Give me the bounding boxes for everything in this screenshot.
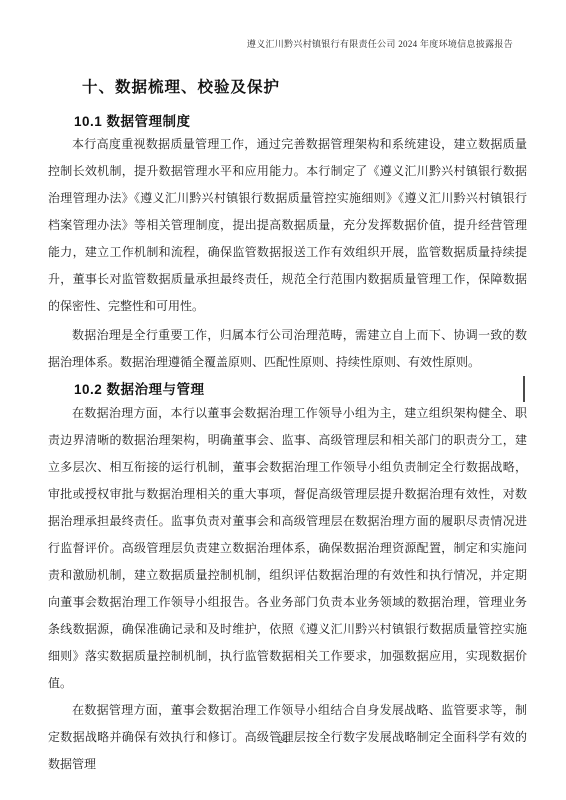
section-10-1-paragraph-1: 本行高度重视数据质量管理工作，通过完善数据管理架构和系统建设，建立数据质量控制长…	[48, 131, 527, 320]
section-heading-10-1: 10.1 数据管理制度	[48, 112, 527, 131]
report-header-title: 遵义汇川黔兴村镇银行有限责任公司 2024 年度环境信息披露报告	[247, 37, 513, 50]
section-10-1-paragraph-2: 数据治理是全行重要工作，归属本行公司治理范畴，需建立自上而下、协调一致的数据治理…	[48, 322, 527, 376]
chapter-heading: 十、数据梳理、校验及保护	[48, 77, 527, 99]
page-body: 十、数据梳理、校验及保护 10.1 数据管理制度 本行高度重视数据质量管理工作，…	[48, 77, 527, 778]
section-heading-10-2: 10.2 数据治理与管理	[48, 380, 527, 399]
section-10-2-paragraph-1: 在数据治理方面，本行以董事会数据治理工作领导小组为主，建立组织架构健全、职责边界…	[48, 400, 527, 697]
page-number: 24	[0, 736, 566, 746]
revision-change-bar	[523, 376, 525, 402]
